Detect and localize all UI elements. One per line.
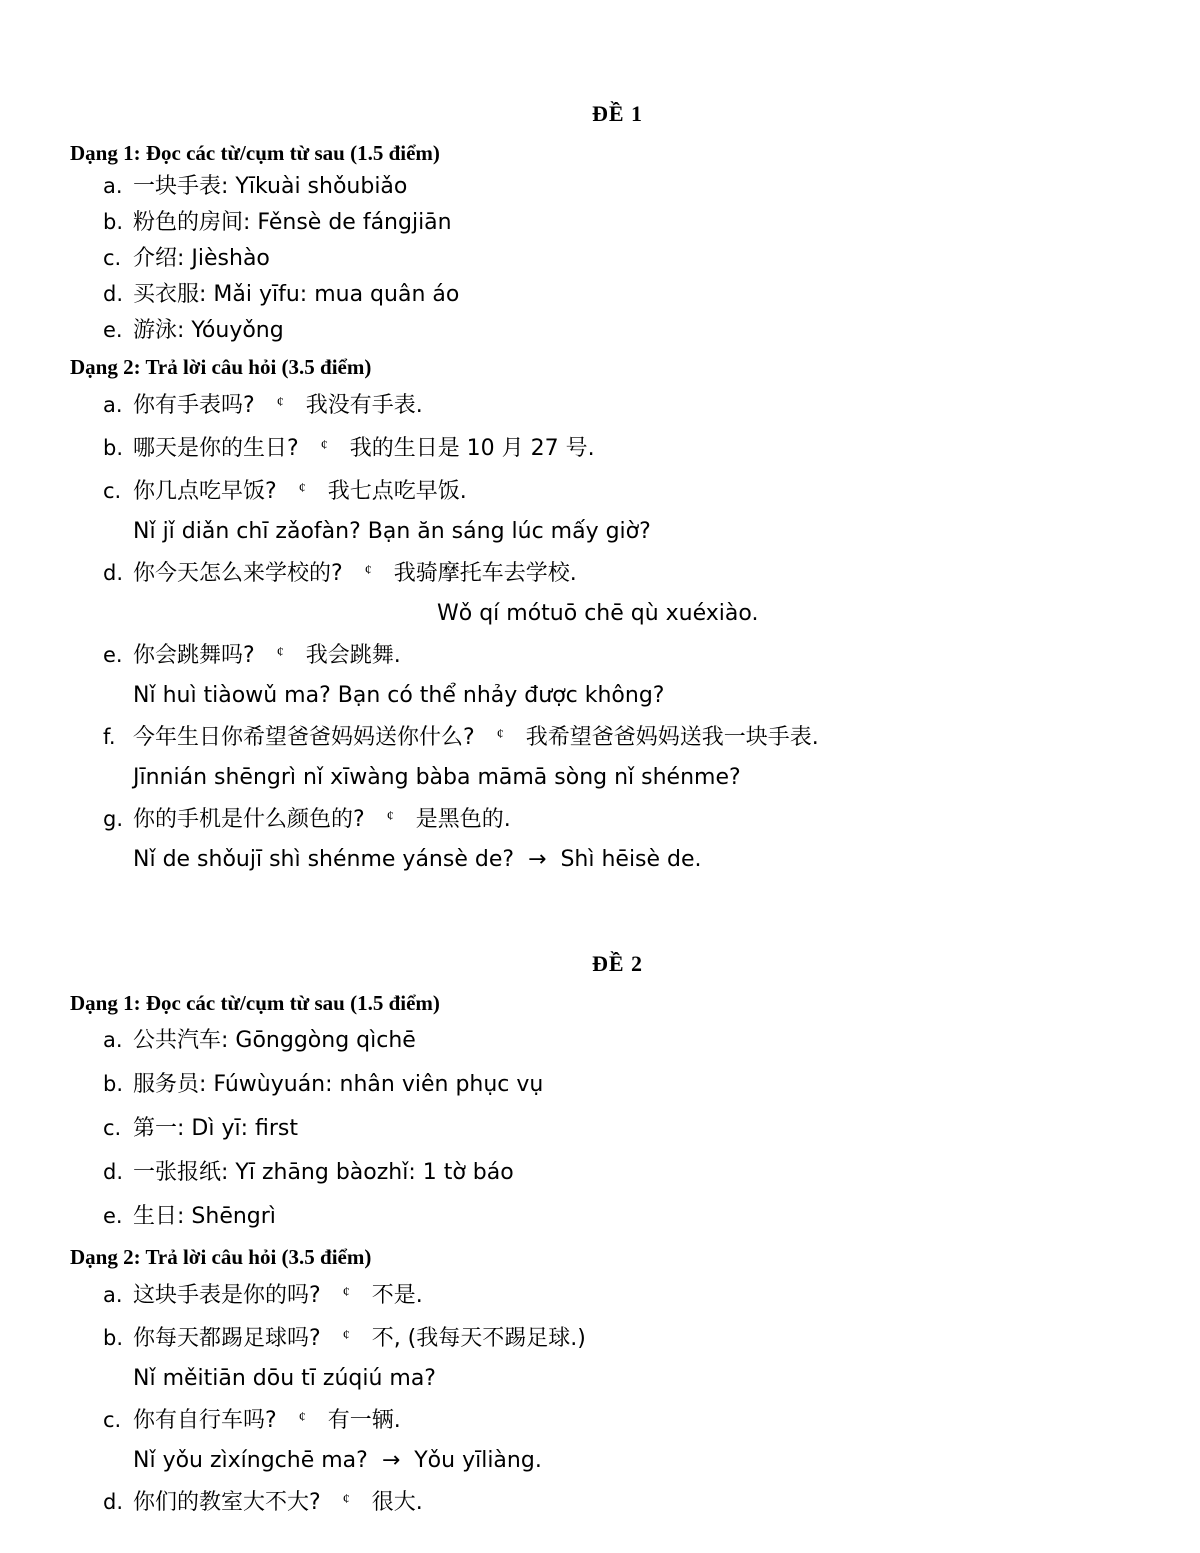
answer-text: 不, (我每天不踢足球.) [372, 1326, 586, 1351]
pinyin-note: Nǐ huì tiàowǔ ma? Bạn có thể nhảy được k… [70, 676, 1165, 715]
arrow-separator-glyph: ¢ [277, 383, 284, 422]
qa-list: a.你有手表吗?¢我没有手表. b.哪天是你的生日?¢我的生日是 10 月 27… [70, 383, 1165, 879]
item-letter: d. [103, 277, 133, 312]
question-text: 你几点吃早饭? [133, 479, 277, 504]
vocab-item: d.一张报纸: Yī zhāng bàozhǐ: 1 tờ báo [70, 1151, 1165, 1195]
answer-text: 我没有手表. [306, 393, 423, 418]
answer-text: 很大. [372, 1490, 423, 1515]
item-letter: a. [103, 1019, 133, 1061]
section-de-2: ĐỀ 2 Dạng 1: Đọc các từ/cụm từ sau (1.5 … [70, 951, 1165, 1523]
vocab-list: a.一块手表: Yīkuài shǒubiǎo b.粉色的房间: Fěnsè d… [70, 169, 1165, 349]
part2-heading: Dạng 2: Trả lời câu hỏi (3.5 điểm) [70, 354, 1165, 381]
item-text: 一块手表: Yīkuài shǒubiǎo [133, 174, 407, 199]
qa-item: f.今年生日你希望爸爸妈妈送你什么?¢我希望爸爸妈妈送我一块手表. [70, 715, 1165, 758]
item-letter: a. [103, 386, 133, 425]
pinyin-note: Wǒ qí mótuō chē qù xuéxiào. [70, 594, 1165, 633]
qa-item: c.你几点吃早饭?¢我七点吃早饭. [70, 469, 1165, 512]
qa-list: a.这块手表是你的吗?¢不是. b.你每天都踢足球吗?¢不, (我每天不踢足球.… [70, 1273, 1165, 1523]
item-letter: d. [103, 1483, 133, 1522]
item-text: 公共汽车: Gōnggòng qìchē [133, 1028, 416, 1053]
arrow-separator-glyph: ¢ [299, 1398, 306, 1437]
section-title: ĐỀ 2 [70, 951, 1165, 977]
vocab-item: d.买衣服: Mǎi yīfu: mua quân áo [70, 277, 1165, 313]
section-title: ĐỀ 1 [70, 101, 1165, 127]
item-text: 买衣服: Mǎi yīfu: mua quân áo [133, 282, 459, 307]
item-letter: e. [103, 1195, 133, 1237]
arrow-separator-glyph: ¢ [343, 1273, 350, 1312]
arrow-separator-glyph: ¢ [365, 551, 372, 590]
arrow-separator-glyph: ¢ [277, 633, 284, 672]
item-letter: b. [103, 1319, 133, 1358]
item-letter: b. [103, 1063, 133, 1105]
question-text: 你今天怎么来学校的? [133, 561, 343, 586]
item-letter: f. [103, 718, 133, 757]
question-text: 哪天是你的生日? [133, 436, 299, 461]
item-text: 服务员: Fúwùyuán: nhân viên phục vụ [133, 1072, 543, 1097]
vocab-item: a.一块手表: Yīkuài shǒubiǎo [70, 169, 1165, 205]
item-text: 一张报纸: Yī zhāng bàozhǐ: 1 tờ báo [133, 1160, 514, 1185]
vocab-item: b.服务员: Fúwùyuán: nhân viên phục vụ [70, 1063, 1165, 1107]
pinyin-note: Nǐ jǐ diǎn chī zǎofàn? Bạn ăn sáng lúc m… [70, 512, 1165, 551]
pinyin-note: Jīnnián shēngrì nǐ xīwàng bàba māmā sòng… [70, 758, 1165, 797]
document-page: ĐỀ 1 Dạng 1: Đọc các từ/cụm từ sau (1.5 … [0, 0, 1200, 1523]
section-de-1: ĐỀ 1 Dạng 1: Đọc các từ/cụm từ sau (1.5 … [70, 101, 1165, 879]
item-letter: c. [103, 472, 133, 511]
arrow-separator-glyph: ¢ [497, 715, 504, 754]
vocab-list: a.公共汽车: Gōnggòng qìchē b.服务员: Fúwùyuán: … [70, 1019, 1165, 1239]
qa-item: d.你今天怎么来学校的?¢我骑摩托车去学校. [70, 551, 1165, 594]
item-letter: c. [103, 1401, 133, 1440]
pinyin-note: Nǐ de shǒujī shì shénme yánsè de? → Shì … [70, 840, 1165, 879]
vocab-item: e.游泳: Yóuyǒng [70, 313, 1165, 349]
pinyin-note: Nǐ yǒu zìxíngchē ma? → Yǒu yīliàng. [70, 1441, 1165, 1480]
arrow-separator-glyph: ¢ [343, 1480, 350, 1519]
item-text: 粉色的房间: Fěnsè de fángjiān [133, 210, 452, 235]
item-text: 介绍: Jièshào [133, 246, 270, 271]
item-letter: c. [103, 241, 133, 276]
item-text: 第一: Dì yī: first [133, 1116, 298, 1141]
qa-item: a.你有手表吗?¢我没有手表. [70, 383, 1165, 426]
vocab-item: b.粉色的房间: Fěnsè de fángjiān [70, 205, 1165, 241]
vocab-item: a.公共汽车: Gōnggòng qìchē [70, 1019, 1165, 1063]
question-text: 这块手表是你的吗? [133, 1283, 321, 1308]
qa-item: b.你每天都踢足球吗?¢不, (我每天不踢足球.) [70, 1316, 1165, 1359]
item-letter: a. [103, 1276, 133, 1315]
item-letter: g. [103, 800, 133, 839]
question-text: 你有自行车吗? [133, 1408, 277, 1433]
item-letter: a. [103, 169, 133, 204]
item-text: 游泳: Yóuyǒng [133, 318, 284, 343]
answer-text: 我七点吃早饭. [328, 479, 467, 504]
answer-text: 是黑色的. [416, 807, 511, 832]
vocab-item: c.介绍: Jièshào [70, 241, 1165, 277]
item-letter: e. [103, 313, 133, 348]
part1-heading: Dạng 1: Đọc các từ/cụm từ sau (1.5 điểm) [70, 140, 1165, 167]
question-text: 你会跳舞吗? [133, 643, 255, 668]
part2-heading: Dạng 2: Trả lời câu hỏi (3.5 điểm) [70, 1244, 1165, 1271]
item-text: 生日: Shēngrì [133, 1204, 276, 1229]
item-letter: b. [103, 429, 133, 468]
answer-text: 有一辆. [328, 1408, 401, 1433]
qa-item: a.这块手表是你的吗?¢不是. [70, 1273, 1165, 1316]
item-letter: e. [103, 636, 133, 675]
qa-item: c.你有自行车吗?¢有一辆. [70, 1398, 1165, 1441]
question-text: 你每天都踢足球吗? [133, 1326, 321, 1351]
item-letter: d. [103, 1151, 133, 1193]
part1-heading: Dạng 1: Đọc các từ/cụm từ sau (1.5 điểm) [70, 990, 1165, 1017]
qa-item: g.你的手机是什么颜色的?¢是黑色的. [70, 797, 1165, 840]
vocab-item: c.第一: Dì yī: first [70, 1107, 1165, 1151]
answer-text: 我的生日是 10 月 27 号. [350, 436, 595, 461]
answer-text: 我会跳舞. [306, 643, 401, 668]
arrow-separator-glyph: ¢ [387, 797, 394, 836]
qa-item: e.你会跳舞吗?¢我会跳舞. [70, 633, 1165, 676]
question-text: 你们的教室大不大? [133, 1490, 321, 1515]
qa-item: d.你们的教室大不大?¢很大. [70, 1480, 1165, 1523]
arrow-separator-glyph: ¢ [343, 1316, 350, 1355]
arrow-separator-glyph: ¢ [321, 426, 328, 465]
question-text: 你的手机是什么颜色的? [133, 807, 365, 832]
pinyin-note: Nǐ měitiān dōu tī zúqiú ma? [70, 1359, 1165, 1398]
item-letter: d. [103, 554, 133, 593]
answer-text: 我骑摩托车去学校. [394, 561, 577, 586]
item-letter: b. [103, 205, 133, 240]
answer-text: 不是. [372, 1283, 423, 1308]
question-text: 你有手表吗? [133, 393, 255, 418]
qa-item: b.哪天是你的生日?¢我的生日是 10 月 27 号. [70, 426, 1165, 469]
arrow-separator-glyph: ¢ [299, 469, 306, 508]
question-text: 今年生日你希望爸爸妈妈送你什么? [133, 725, 475, 750]
item-letter: c. [103, 1107, 133, 1149]
answer-text: 我希望爸爸妈妈送我一块手表. [526, 725, 819, 750]
vocab-item: e.生日: Shēngrì [70, 1195, 1165, 1239]
